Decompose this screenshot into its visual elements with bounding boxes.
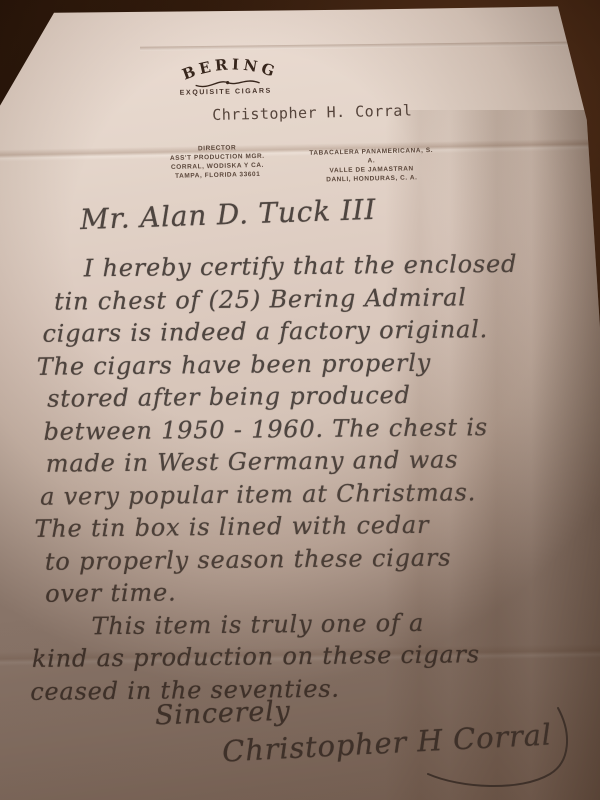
letterhead-name: Christopher H. Corral bbox=[0, 97, 600, 129]
letter-body: I hereby certify that the enclosed tin c… bbox=[26, 247, 591, 708]
signature-flourish-icon bbox=[400, 700, 580, 800]
body-line: This item is truly one of a bbox=[91, 605, 589, 643]
letterhead: BERING EXQUISITE CIGARS Christopher H. C… bbox=[0, 0, 600, 207]
letter-paper: BERING EXQUISITE CIGARS Christopher H. C… bbox=[0, 0, 600, 800]
body-line: I hereby certify that the enclosed bbox=[84, 247, 586, 285]
letterhead-right-column: TABACALERA PANAMERICANA, S. A. VALLE DE … bbox=[307, 139, 436, 185]
letterhead-city-line: DANLI, HONDURAS, C. A. bbox=[308, 173, 436, 185]
photograph-background: BERING EXQUISITE CIGARS Christopher H. C… bbox=[0, 0, 600, 800]
letterhead-address-columns: DIRECTOR ASS'T PRODUCTION MGR. CORRAL, W… bbox=[153, 139, 436, 188]
letterhead-left-column: DIRECTOR ASS'T PRODUCTION MGR. CORRAL, W… bbox=[153, 142, 282, 188]
closing: Sincerely bbox=[155, 696, 292, 732]
